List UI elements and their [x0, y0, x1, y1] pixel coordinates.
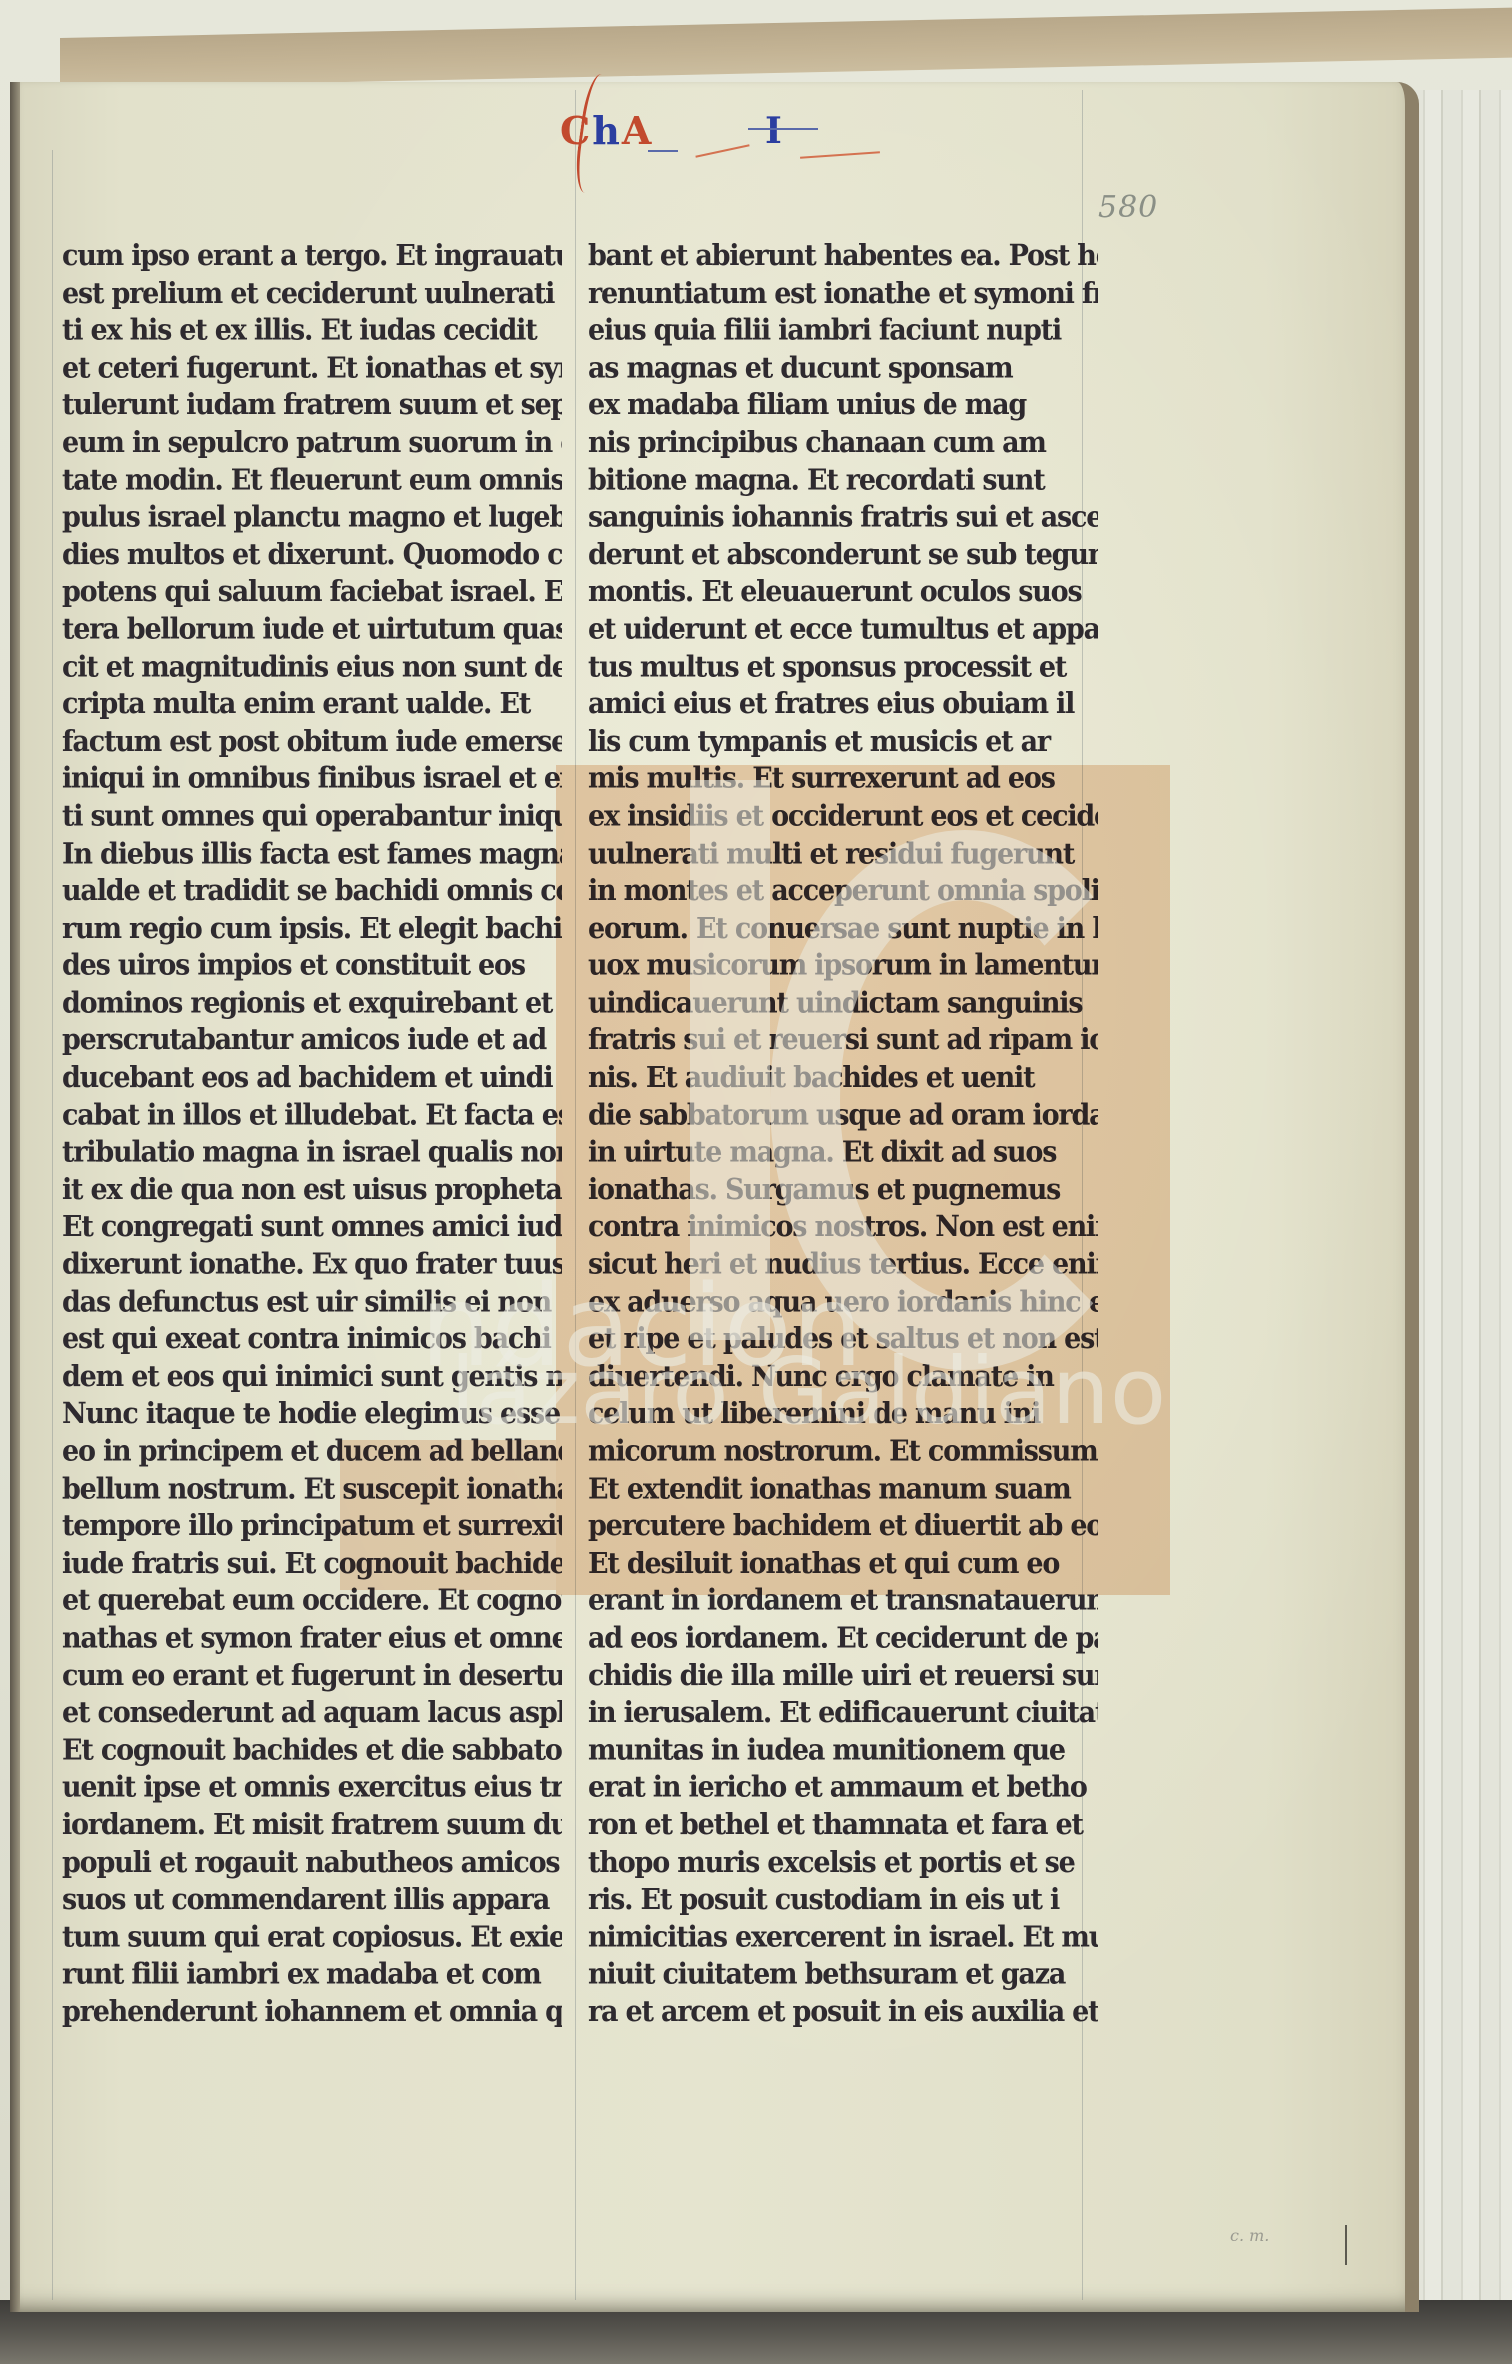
text-line: prehenderunt iohannem et omnia que ha	[62, 1994, 562, 2031]
text-line: derunt et absconderunt se sub tegumento	[588, 537, 1098, 574]
text-line: niuit ciuitatem bethsuram et gaza	[588, 1957, 1098, 1994]
watermark-block-extension	[340, 1440, 556, 1590]
text-line: erat in iericho et ammaum et betho	[588, 1770, 1098, 1807]
text-line: dominos regionis et exquirebant et	[62, 985, 562, 1022]
text-line: rum regio cum ipsis. Et elegit bachi	[62, 911, 562, 948]
chapter-heading: ChA I	[520, 72, 940, 192]
text-line: iniqui in omnibus finibus israel et exor	[62, 761, 562, 798]
text-line: et ceteri fugerunt. Et ionathas et symon	[62, 350, 562, 387]
text-line: iordanem. Et misit fratrem suum ducem	[62, 1807, 562, 1844]
text-line: et uiderunt et ecce tumultus et appara	[588, 612, 1098, 649]
text-line: pulus israel planctu magno et lugebant	[62, 500, 562, 537]
text-line: in ierusalem. Et edificauerunt ciuitates	[588, 1695, 1098, 1732]
numeral-overline	[748, 128, 818, 130]
text-line: amici eius et fratres eius obuiam il	[588, 686, 1098, 723]
text-line: runt filii iambri ex madaba et com	[62, 1957, 562, 1994]
text-line: ualde et tradidit se bachidi omnis co	[62, 873, 562, 910]
text-line: tus multus et sponsus processit et	[588, 649, 1098, 686]
heading-rule-red	[695, 144, 749, 157]
text-line: ducebant eos ad bachidem et uindi	[62, 1060, 562, 1097]
text-line: cabat in illos et illudebat. Et facta es…	[62, 1097, 562, 1134]
text-line: ad eos iordanem. Et ceciderunt de parte …	[588, 1620, 1098, 1657]
heading-rule-blue	[648, 150, 678, 152]
text-line: Et congregati sunt omnes amici iude et	[62, 1209, 562, 1246]
text-line: tulerunt iudam fratrem suum et sepelieru…	[62, 387, 562, 424]
text-line: dies multos et dixerunt. Quomodo cecidit	[62, 537, 562, 574]
margin-tick-mark	[1345, 2225, 1347, 2265]
text-column-left: cum ipso erant a tergo. Et ingrauatumest…	[62, 238, 562, 2031]
text-line: uenit ipse et omnis exercitus eius trans	[62, 1770, 562, 1807]
text-line: nathas et symon frater eius et omnes qui	[62, 1620, 562, 1657]
text-line: cum ipso erant a tergo. Et ingrauatum	[62, 238, 562, 275]
text-line: thopo muris excelsis et portis et se	[588, 1845, 1098, 1882]
margin-note: c. m.	[1230, 2226, 1269, 2245]
text-line: Et cognouit bachides et die sabbato	[62, 1732, 562, 1769]
text-line: suos ut commendarent illis appara	[62, 1882, 562, 1919]
text-line: tate modin. Et fleuerunt eum omnis po	[62, 462, 562, 499]
chapter-numeral: I	[765, 110, 782, 152]
text-line: montis. Et eleuauerunt oculos suos	[588, 574, 1098, 611]
text-line: chidis die illa mille uiri et reuersi su…	[588, 1658, 1098, 1695]
folio-number: 580	[1098, 190, 1158, 225]
watermark-text-line-2: lázaro Galdiano	[450, 1338, 1166, 1445]
text-line: est prelium et ceciderunt uulnerati mul	[62, 275, 562, 312]
text-line: ti sunt omnes qui operabantur iniquitate…	[62, 798, 562, 835]
text-line: tribulatio magna in israel qualis non fu	[62, 1135, 562, 1172]
text-line: nimicitias exercerent in israel. Et mu	[588, 1919, 1098, 1956]
text-line: it ex die qua non est uisus propheta in …	[62, 1172, 562, 1209]
text-line: renuntiatum est ionathe et symoni fratri	[588, 275, 1098, 312]
watermark-l-glyph	[690, 780, 770, 1340]
text-line: cum eo erant et fugerunt in desertum the…	[62, 1658, 562, 1695]
text-line: cit et magnitudinis eius non sunt des	[62, 649, 562, 686]
text-line: cripta multa enim erant ualde. Et	[62, 686, 562, 723]
text-line: eius quia filii iambri faciunt nupti	[588, 313, 1098, 350]
text-line: ra et arcem et posuit in eis auxilia et	[588, 1994, 1098, 2031]
text-line: bitione magna. Et recordati sunt	[588, 462, 1098, 499]
text-line: tum suum qui erat copiosus. Et exie	[62, 1919, 562, 1956]
text-line: tera bellorum iude et uirtutum quas fe	[62, 612, 562, 649]
text-line: factum est post obitum iude emerserunt	[62, 724, 562, 761]
text-line: munitas in iudea munitionem que	[588, 1732, 1098, 1769]
text-line: lis cum tympanis et musicis et ar	[588, 724, 1098, 761]
text-line: et consederunt ad aquam lacus asphar.	[62, 1695, 562, 1732]
text-line: as magnas et ducunt sponsam	[588, 350, 1098, 387]
text-line: ron et bethel et thamnata et fara et	[588, 1807, 1098, 1844]
underlying-leaves	[1405, 90, 1512, 2320]
text-line: ris. Et posuit custodiam in eis ut i	[588, 1882, 1098, 1919]
chapter-label: ChA	[560, 108, 653, 153]
text-line: eum in sepulcro patrum suorum in ciui	[62, 425, 562, 462]
numeral-flourish	[800, 151, 880, 159]
text-line: nis principibus chanaan cum am	[588, 425, 1098, 462]
text-line: des uiros impios et constituit eos	[62, 948, 562, 985]
text-line: potens qui saluum faciebat israel. Et ce	[62, 574, 562, 611]
text-line: bant et abierunt habentes ea. Post hec u…	[588, 238, 1098, 275]
text-line: populi et rogauit nabutheos amicos	[62, 1845, 562, 1882]
text-line: perscrutabantur amicos iude et ad	[62, 1023, 562, 1060]
text-line: ex madaba filiam unius de mag	[588, 387, 1098, 424]
text-line: sanguinis iohannis fratris sui et ascen	[588, 500, 1098, 537]
text-line: In diebus illis facta est fames magna	[62, 836, 562, 873]
ruling-line-left	[52, 150, 53, 2300]
text-line: ti ex his et ex illis. Et iudas cecidit	[62, 313, 562, 350]
